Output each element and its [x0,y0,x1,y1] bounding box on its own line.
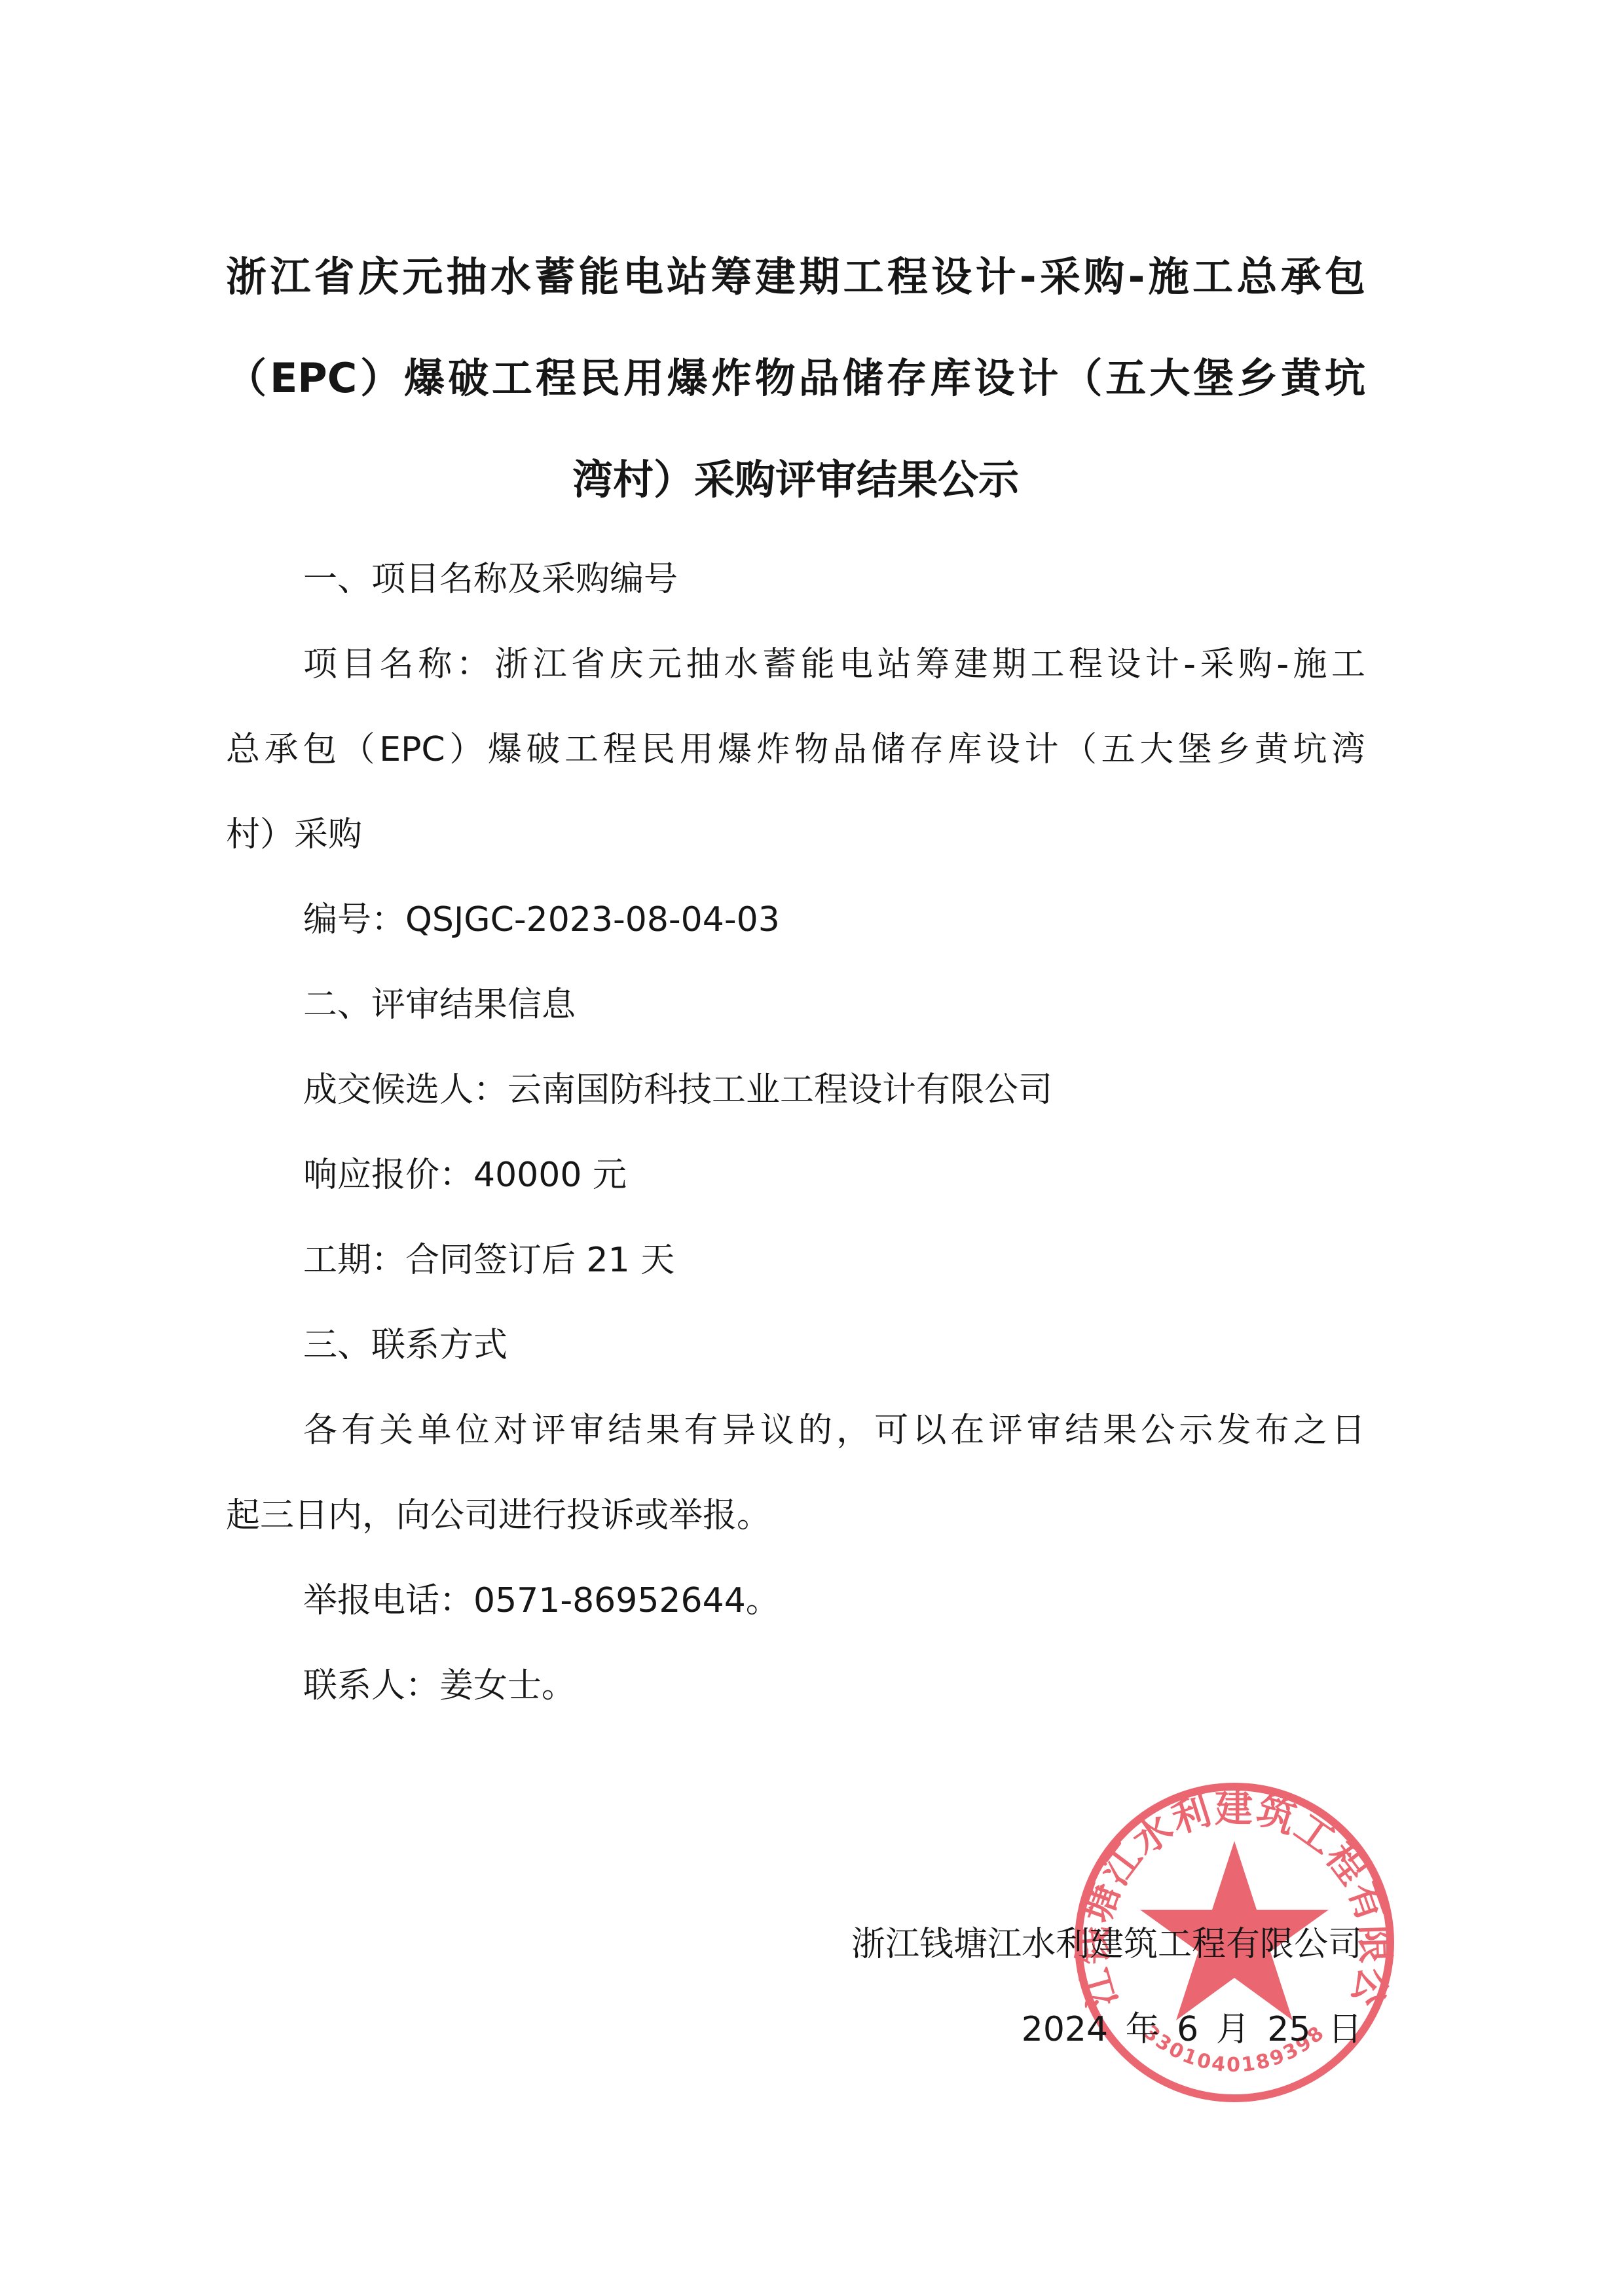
signature-block: 浙江钱塘江水利建筑工程有限公司 2024 年 6 月 25 日 [851,1902,1362,2072]
document-title: 浙江省庆元抽水蓄能电站筹建期工程设计-采购-施工总承包 （EPC）爆破工程民用爆… [226,226,1365,530]
work-duration: 工期：合同签订后 21 天 [226,1218,1365,1303]
objection-notice: 各有关单位对评审结果有异议的，可以在评审结果公示发布之日 起三日内，向公司进行投… [226,1388,1365,1558]
project-name-line-2: 总承包（EPC）爆破工程民用爆炸物品储存库设计（五大堡乡黄坑湾 [226,707,1365,792]
section-heading-contact: 三、联系方式 [226,1303,1365,1388]
project-name-paragraph: 项目名称：浙江省庆元抽水蓄能电站筹建期工程设计-采购-施工 总承包（EPC）爆破… [226,622,1365,877]
project-name-line-3: 村）采购 [226,792,1365,877]
title-line-3: 湾村）采购评审结果公示 [226,429,1365,530]
issue-date: 2024 年 6 月 25 日 [851,1987,1362,2072]
winning-candidate: 成交候选人：云南国防科技工业工程设计有限公司 [226,1048,1365,1133]
section-heading-results: 二、评审结果信息 [226,962,1365,1048]
objection-notice-line-1: 各有关单位对评审结果有异议的，可以在评审结果公示发布之日 [226,1388,1365,1473]
document-page: 浙江省庆元抽水蓄能电站筹建期工程设计-采购-施工总承包 （EPC）爆破工程民用爆… [0,0,1624,2296]
title-line-2: （EPC）爆破工程民用爆炸物品储存库设计（五大堡乡黄坑 [226,327,1365,429]
title-line-1: 浙江省庆元抽水蓄能电站筹建期工程设计-采购-施工总承包 [226,226,1365,327]
document-body: 一、项目名称及采购编号 项目名称：浙江省庆元抽水蓄能电站筹建期工程设计-采购-施… [226,537,1365,1728]
project-number: 编号：QSJGC-2023-08-04-03 [226,877,1365,962]
section-heading-project: 一、项目名称及采购编号 [226,537,1365,622]
quoted-price: 响应报价：40000 元 [226,1133,1365,1218]
contact-person: 联系人：姜女士。 [226,1643,1365,1728]
issuing-company: 浙江钱塘江水利建筑工程有限公司 [851,1902,1362,1987]
objection-notice-line-2: 起三日内，向公司进行投诉或举报。 [226,1473,1365,1558]
project-name-line-1: 项目名称：浙江省庆元抽水蓄能电站筹建期工程设计-采购-施工 [226,622,1365,707]
report-hotline: 举报电话：0571-86952644。 [226,1558,1365,1643]
